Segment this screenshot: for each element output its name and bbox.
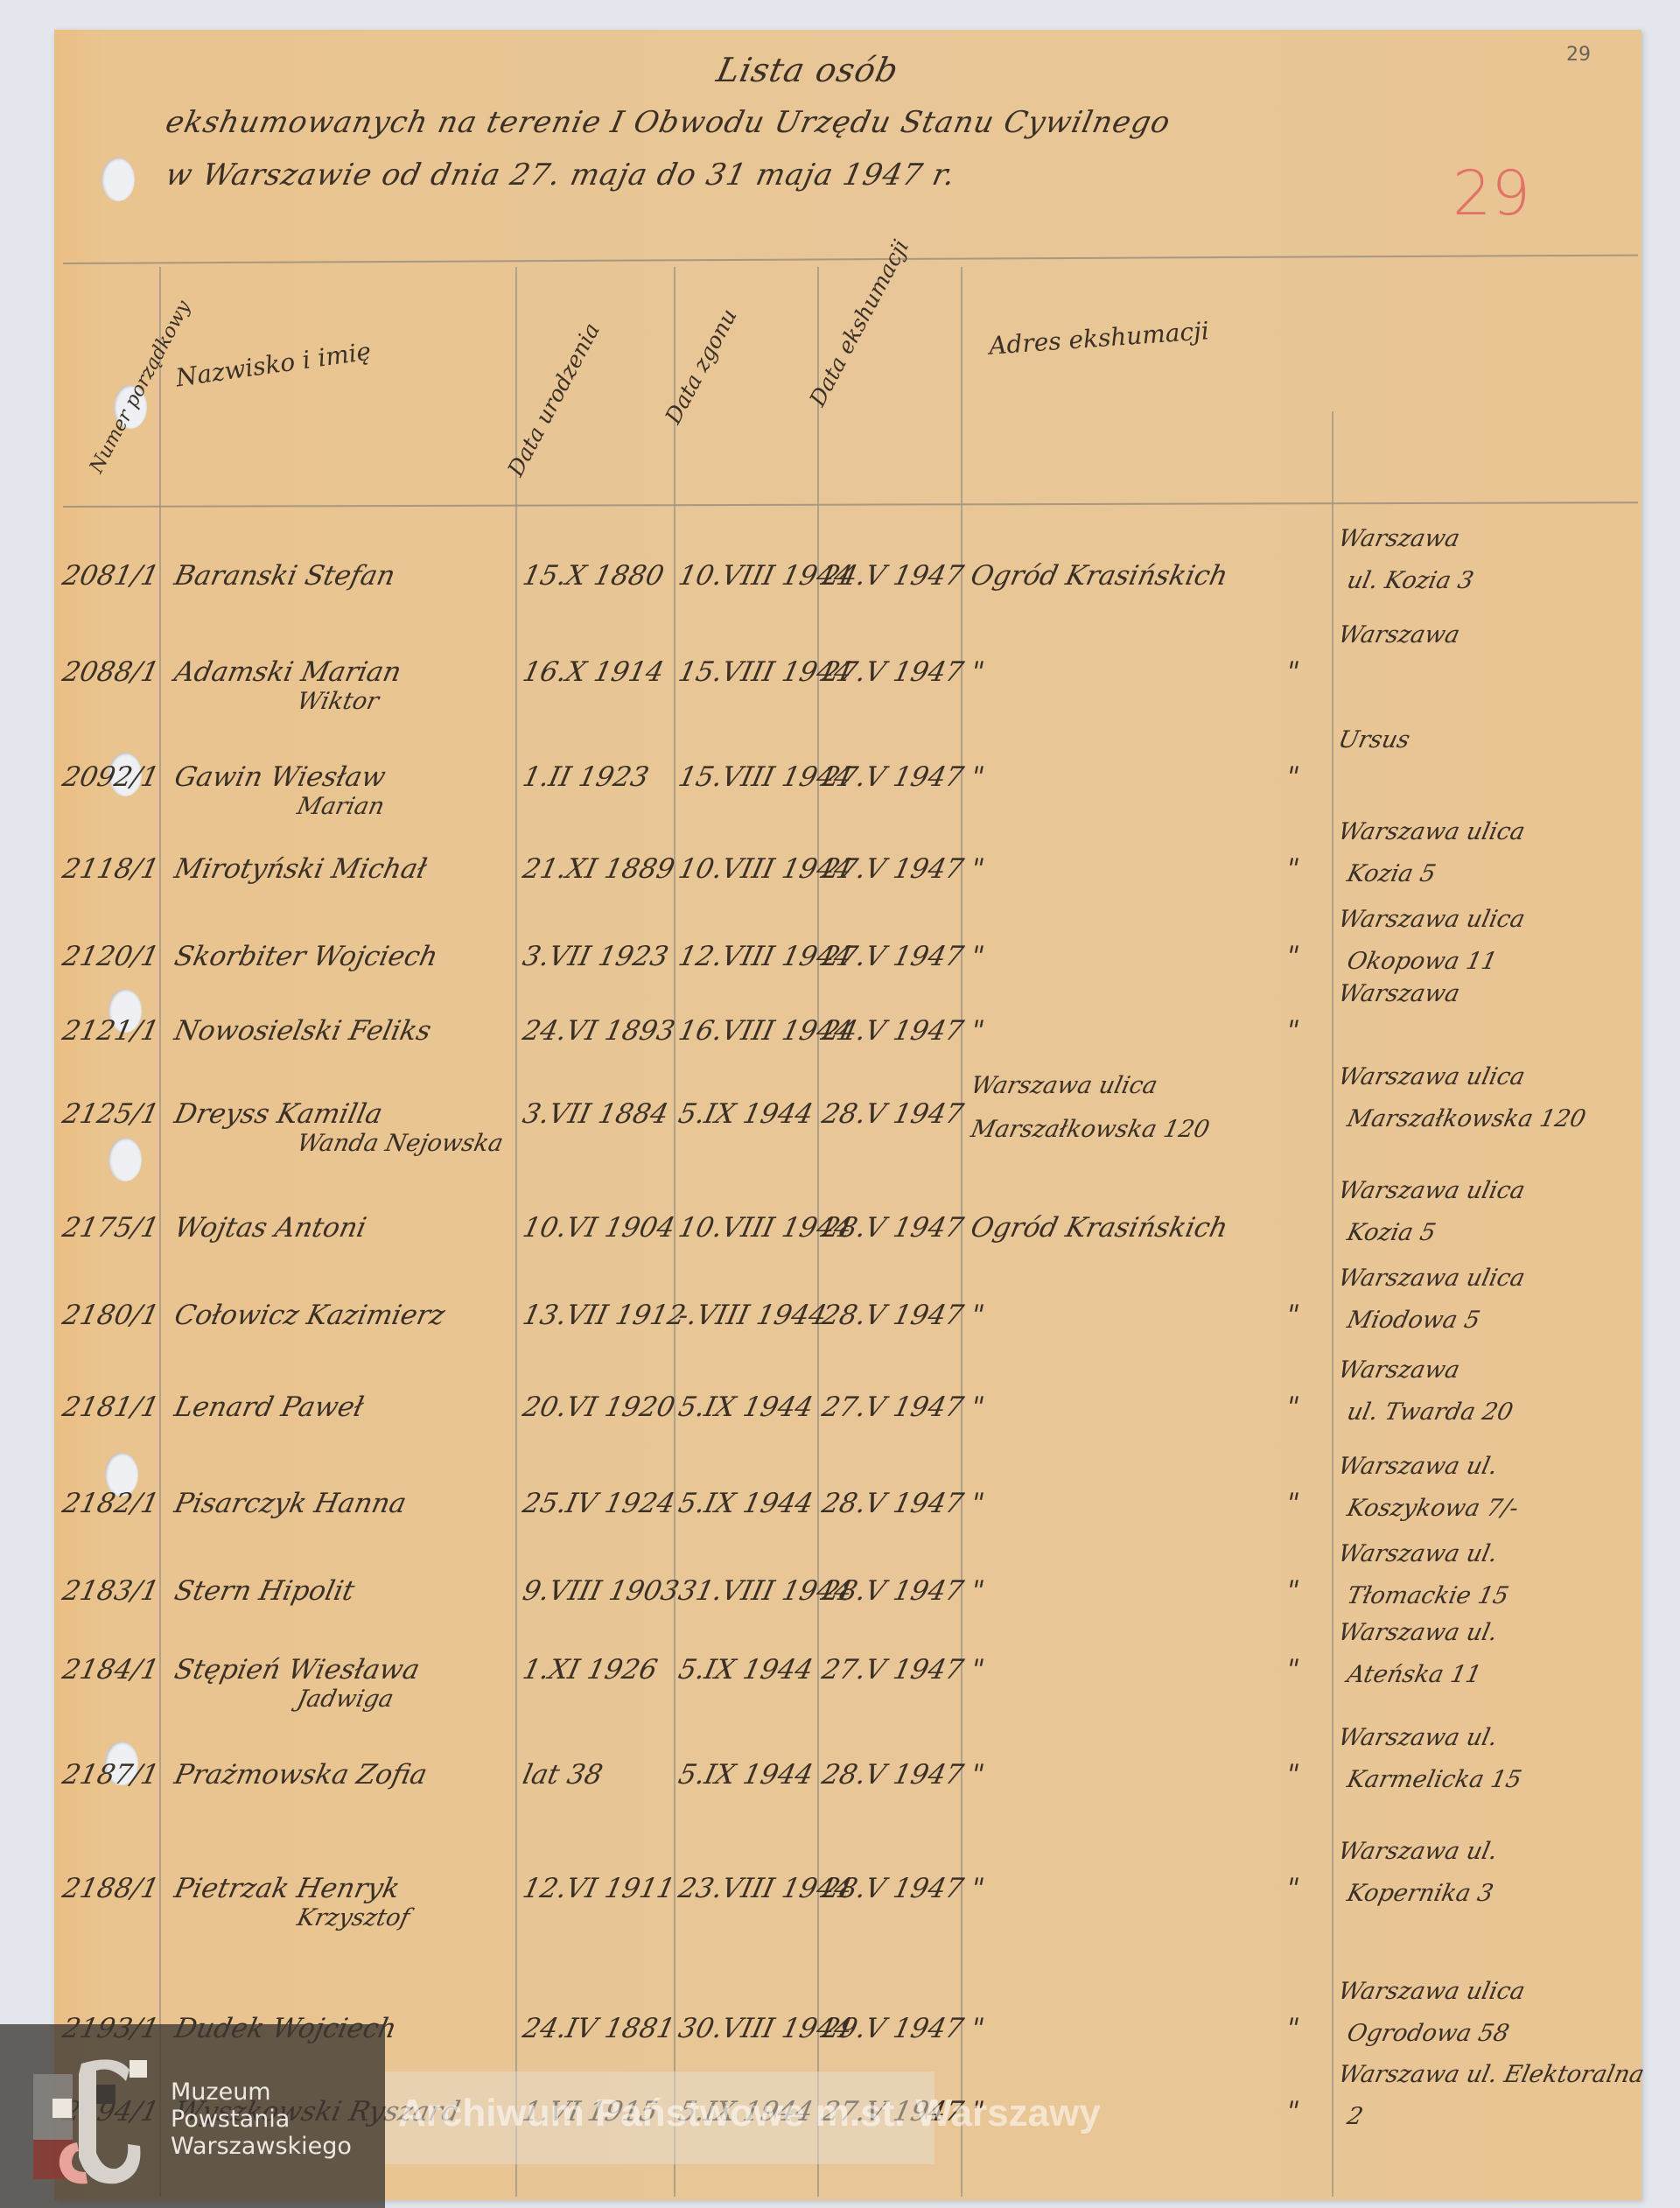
row-death-date: -.VIII 1944	[675, 1300, 829, 1331]
row-name: Stępień Wiesława	[171, 1654, 423, 1686]
row-exhumation-date: 27.V 1947	[819, 761, 966, 793]
row-birth-date: 3.VII 1884	[520, 1098, 671, 1130]
kotwica-logo-icon	[33, 2048, 156, 2192]
row-birth-date: 3.VII 1923	[520, 941, 671, 972]
row-birth-date: 15.X 1880	[520, 560, 667, 592]
row-exhumation-date: 28.V 1947	[819, 1873, 966, 1904]
document-title: Lista osób	[713, 51, 902, 89]
row-birth-date: 1.XI 1926	[520, 1654, 660, 1686]
row-number: 2182/1	[59, 1488, 162, 1519]
row-address: Warszawa	[1336, 980, 1462, 1007]
row-address-second: Okopowa 11	[1345, 948, 1500, 975]
row-number: 2088/1	[59, 656, 162, 688]
row-exhumation-date: 27.V 1947	[819, 853, 966, 885]
document-subtitle-line1: ekshumowanych na terenie I Obwodu Urzędu…	[163, 105, 1174, 140]
row-birth-date: 21.XI 1889	[520, 853, 677, 885]
row-name: Skorbiter Wojciech	[171, 941, 440, 972]
row-name: Prażmowska Zofia	[171, 1759, 430, 1791]
row-number: 2183/1	[59, 1575, 162, 1607]
row-exhumation-date: 27.V 1947	[819, 656, 966, 688]
museum-logo-text: Muzeum Powstania Warszawskiego	[171, 2078, 352, 2160]
row-death-date: 5.IX 1944	[675, 1391, 815, 1423]
museum-logo-line1: Muzeum	[171, 2078, 352, 2106]
row-address-second: Marszałkowska 120	[1345, 1105, 1588, 1132]
row-address-second: ul. Twarda 20	[1345, 1398, 1515, 1426]
row-name: Nowosielski Feliks	[171, 1015, 434, 1047]
row-address-second: Ogrodowa 58	[1345, 2020, 1512, 2047]
row-address: Warszawa ul. Elektoralna	[1336, 2061, 1647, 2088]
museum-logo-line2: Powstania	[171, 2106, 352, 2133]
row-birth-date: 20.VI 1920	[520, 1391, 677, 1423]
row-address: Warszawa ul.	[1336, 1724, 1501, 1751]
row-address: Warszawa ul.	[1336, 1540, 1501, 1567]
page-number-pencil: 29	[1566, 44, 1591, 66]
punch-hole	[108, 1138, 142, 1181]
row-number: 2125/1	[59, 1098, 162, 1130]
row-number: 2181/1	[59, 1391, 162, 1423]
row-exhumation-date: 27.V 1947	[819, 941, 966, 972]
row-number: 2121/1	[59, 1015, 162, 1047]
row-exhumation-from: Warszawa ulica	[969, 1072, 1160, 1099]
museum-logo-line3: Warszawskiego	[171, 2133, 352, 2160]
row-exhumation-date: 24.V 1947	[819, 560, 966, 592]
row-name: Cołowicz Kazimierz	[171, 1300, 447, 1331]
row-death-date: 5.IX 1944	[675, 1098, 815, 1130]
row-birth-date: 24.IV 1881	[520, 2013, 677, 2044]
row-exhumation-date: 27.V 1947	[819, 1391, 966, 1423]
row-address-second: ul. Kozia 3	[1345, 567, 1476, 594]
row-name: Gawin Wiesław	[171, 761, 388, 793]
row-exhumation-date: 28.V 1947	[819, 1300, 966, 1331]
row-name-second: Wanda Nejowska	[295, 1130, 506, 1157]
row-address: Warszawa ulica	[1336, 1177, 1528, 1204]
row-birth-date: 13.VII 1912	[520, 1300, 689, 1331]
column-divider	[674, 267, 675, 2197]
document-subtitle-line2: w Warszawie od dnia 27. maja do 31 maja …	[163, 158, 959, 193]
row-birth-date: 1.II 1923	[520, 761, 651, 793]
row-address: Warszawa ulica	[1336, 1265, 1528, 1292]
row-exhumation-date: 28.V 1947	[819, 1098, 966, 1130]
row-birth-date: 24.VI 1893	[520, 1015, 677, 1047]
row-address: Warszawa	[1336, 621, 1462, 648]
column-divider	[1332, 411, 1333, 2197]
row-address-second: Koszykowa 7/-	[1345, 1495, 1521, 1522]
row-birth-date: 10.VI 1904	[520, 1212, 677, 1244]
column-divider	[159, 267, 161, 2197]
row-exhumation-date: 28.V 1947	[819, 1575, 966, 1607]
row-number: 2120/1	[59, 941, 162, 972]
row-name-second: Wiktor	[295, 688, 381, 715]
row-name-second: Krzysztof	[295, 1904, 412, 1931]
row-birth-date: 12.VI 1911	[520, 1873, 677, 1904]
row-address-second: Tłomackie 15	[1345, 1582, 1511, 1609]
row-birth-date: lat 38	[520, 1759, 605, 1791]
row-address: Warszawa	[1336, 525, 1462, 552]
row-name: Adamski Marian	[171, 656, 404, 688]
row-name: Wojtas Antoni	[171, 1212, 369, 1244]
row-name: Pietrzak Henryk	[171, 1873, 402, 1904]
row-exhumation-date: 28.V 1947	[819, 1488, 966, 1519]
row-address: Warszawa ul.	[1336, 1838, 1501, 1865]
row-address: Ursus	[1336, 726, 1412, 754]
row-number: 2092/1	[59, 761, 162, 793]
row-address-second: Kozia 5	[1345, 1219, 1438, 1246]
row-number: 2081/1	[59, 560, 162, 592]
row-number: 2188/1	[59, 1873, 162, 1904]
row-exhumation-date: 27.V 1947	[819, 1654, 966, 1686]
row-number: 2180/1	[59, 1300, 162, 1331]
row-number: 2175/1	[59, 1212, 162, 1244]
page-number-red: 29	[1452, 158, 1530, 229]
row-number: 2118/1	[59, 853, 162, 885]
row-exhumation-from: Ogród Krasińskich	[968, 560, 1230, 592]
row-address: Warszawa ulica	[1336, 818, 1528, 845]
archive-watermark: Archiwum Państwowe m.st. Warszawy	[398, 2092, 1101, 2135]
row-address: Warszawa ul.	[1336, 1619, 1501, 1646]
row-name: Dreyss Kamilla	[171, 1098, 385, 1130]
row-exhumation-date: 28.V 1947	[819, 1212, 966, 1244]
row-name: Baranski Stefan	[171, 560, 398, 592]
row-address: Warszawa ulica	[1336, 1063, 1528, 1090]
punch-hole	[101, 158, 135, 201]
row-name-second: Marian	[295, 793, 387, 820]
row-address-second: Karmelicka 15	[1345, 1766, 1524, 1793]
column-divider	[515, 267, 517, 2197]
row-exhumation-date: 24.V 1947	[819, 1015, 966, 1047]
row-address: Warszawa	[1336, 1356, 1462, 1384]
row-number: 2187/1	[59, 1759, 162, 1791]
row-birth-date: 9.VIII 1903	[520, 1575, 682, 1607]
row-address-second: Kopernika 3	[1345, 1880, 1496, 1907]
row-address: Warszawa ulica	[1336, 1978, 1528, 2005]
row-exhumation-date: 29.V 1947	[819, 2013, 966, 2044]
row-address-second: Miodowa 5	[1345, 1307, 1483, 1334]
row-address-second: Kozia 5	[1345, 860, 1438, 887]
row-number: 2184/1	[59, 1654, 162, 1686]
row-exhumation-from-second: Marszałkowska 120	[969, 1116, 1212, 1143]
row-death-date: 5.IX 1944	[675, 1488, 815, 1519]
row-exhumation-date: 28.V 1947	[819, 1759, 966, 1791]
row-address-second: Ateńska 11	[1345, 1661, 1484, 1688]
row-address: Warszawa ulica	[1336, 906, 1528, 933]
row-exhumation-from: Ogród Krasińskich	[968, 1212, 1230, 1244]
row-birth-date: 25.IV 1924	[520, 1488, 677, 1519]
row-name: Pisarczyk Hanna	[171, 1488, 409, 1519]
row-death-date: 5.IX 1944	[675, 1654, 815, 1686]
row-name-second: Jadwiga	[295, 1686, 396, 1713]
row-death-date: 5.IX 1944	[675, 1759, 815, 1791]
row-birth-date: 16.X 1914	[520, 656, 667, 688]
row-address: Warszawa ul.	[1336, 1453, 1501, 1480]
row-name: Mirotyński Michał	[171, 853, 430, 885]
row-name: Lenard Paweł	[171, 1391, 366, 1423]
row-name: Stern Hipolit	[171, 1575, 357, 1607]
